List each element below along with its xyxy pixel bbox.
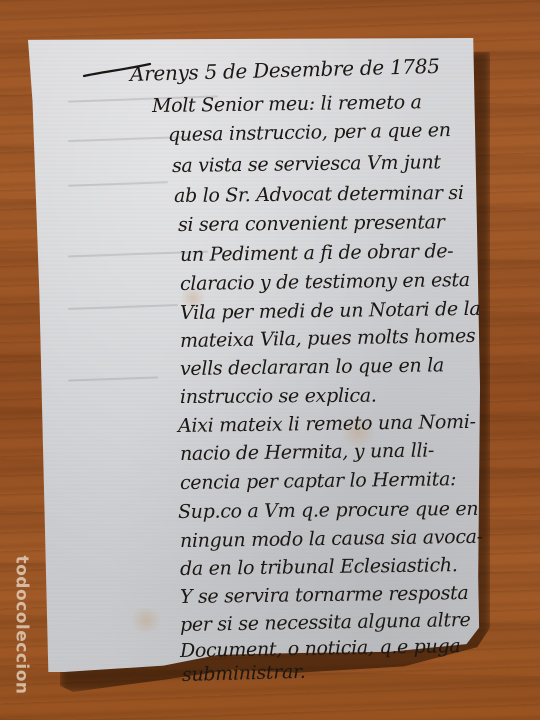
letter-line: ningun modo la causa sia avoca- <box>180 526 483 552</box>
letter-line: nacio de Hermita, y una lli- <box>180 439 434 465</box>
letter-line: per si se necessita alguna altre <box>180 609 471 636</box>
letter-line: subministrar. <box>182 661 306 686</box>
todocoleccion-watermark: todocoleccion <box>2 540 42 710</box>
handwritten-letter: Arenys 5 de Desembre de 1785 Molt Senior… <box>0 0 540 720</box>
letter-line: Sup.co a Vm q.e procure que en <box>178 498 479 523</box>
letter-line: Document, o noticia, q.e puga <box>180 635 461 662</box>
letter-line: quesa instruccio, per a que en <box>168 119 451 146</box>
letter-line: Molt Senior meu: li remeto a <box>152 91 422 117</box>
letter-line: Aixi mateix li remeto una Nomi- <box>178 411 476 437</box>
letter-line: sa vista se serviesca Vm junt <box>172 151 441 177</box>
letter-line: instruccio se explica. <box>180 385 377 408</box>
letter-line: ab lo Sr. Advocat determinar si <box>174 182 464 207</box>
letter-line: claracio y de testimony en esta <box>180 269 470 295</box>
letter-line: Y se servira tornarme resposta <box>180 582 469 608</box>
letter-line: da en lo tribunal Eclesiastich. <box>180 554 458 580</box>
watermark-text: todocoleccion <box>12 555 32 694</box>
letter-heading: Arenys 5 de Desembre de 1785 <box>130 54 440 86</box>
letter-line: cencia per captar lo Hermita: <box>180 468 456 494</box>
letter-line: Vila per medi de un Notari de la <box>180 298 481 324</box>
letter-line: un Pediment a fi de obrar de- <box>180 240 454 266</box>
letter-line: mateixa Vila, pues molts homes <box>180 325 476 352</box>
letter-line: si sera convenient presentar <box>178 211 445 236</box>
letter-line: vells declararan lo que en la <box>180 354 444 380</box>
